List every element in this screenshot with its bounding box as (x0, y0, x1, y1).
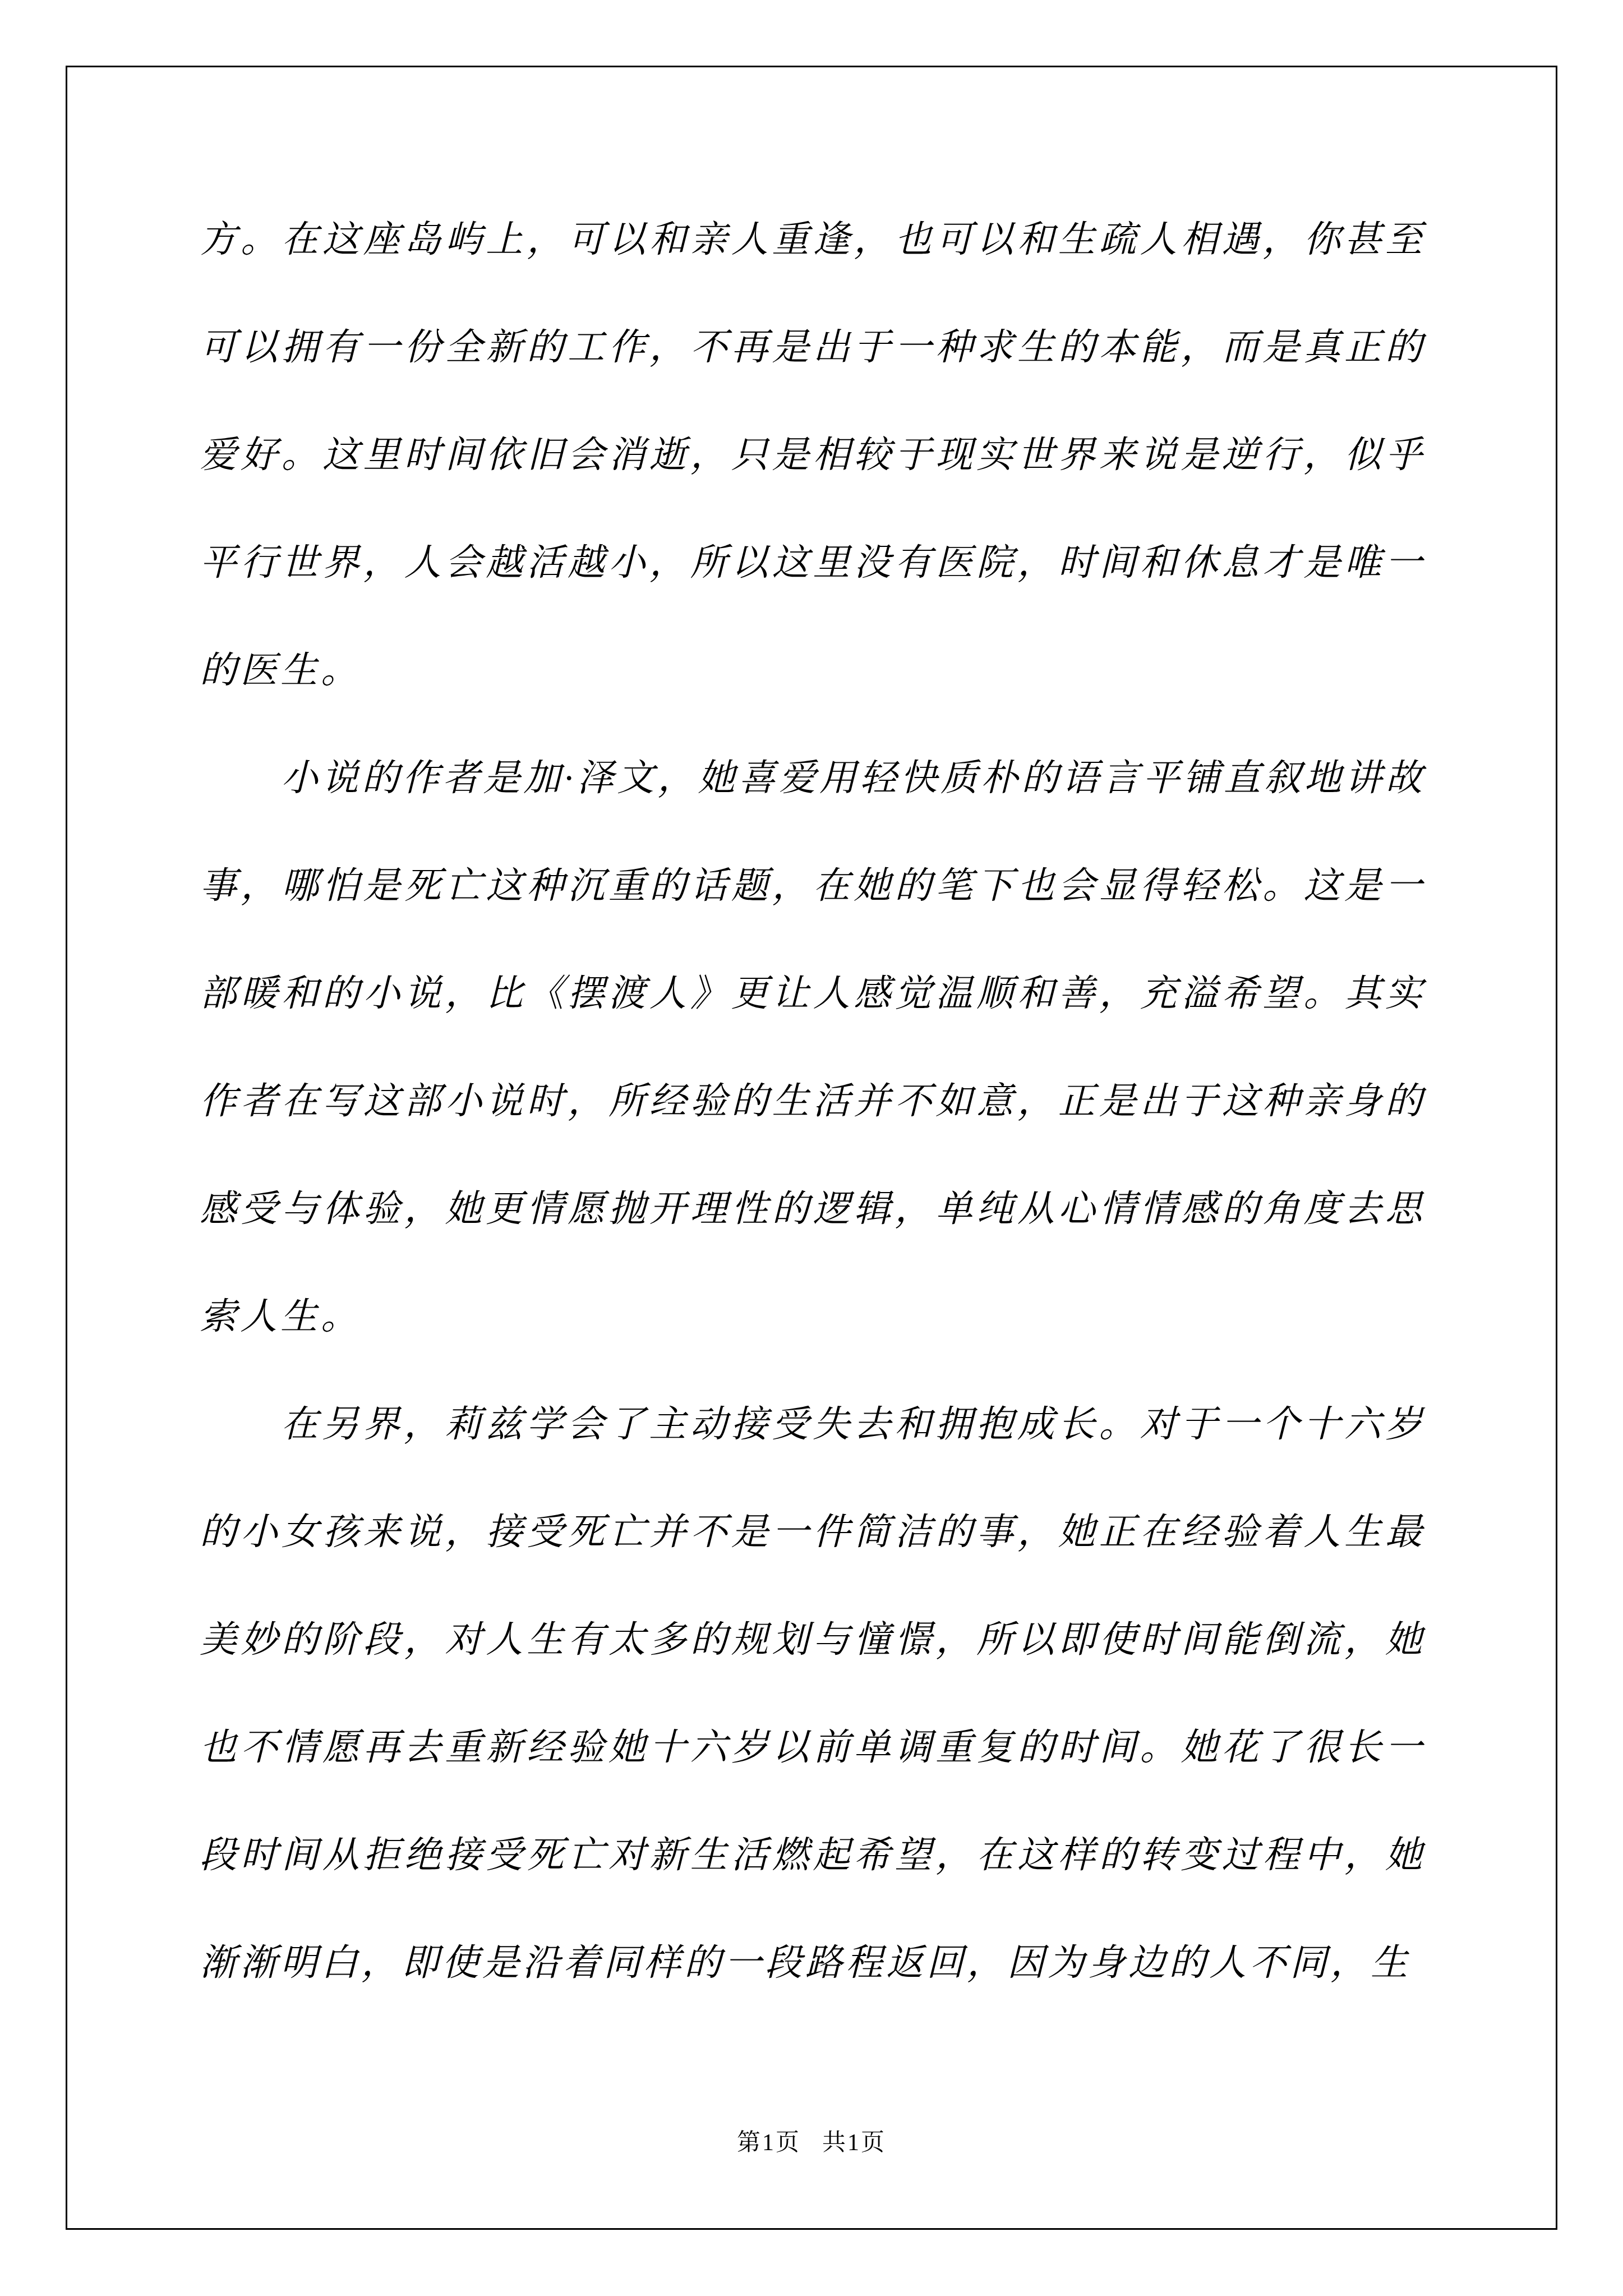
page-footer: 第1页共1页 (67, 2129, 1556, 2156)
document-page: 方。在这座岛屿上，可以和亲人重逢，也可以和生疏人相遇，你甚至可以拥有一份全新的工… (0, 0, 1623, 2296)
paragraph-liz-growth: 在另界，莉兹学会了主动接受失去和拥抱成长。对于一个十六岁的小女孩来说，接受死亡并… (200, 1371, 1426, 2017)
page-number-label: 第1页 (737, 2130, 801, 2156)
paragraph-continuation: 方。在这座岛屿上，可以和亲人重逢，也可以和生疏人相遇，你甚至可以拥有一份全新的工… (200, 186, 1426, 725)
document-body-text: 方。在这座岛屿上，可以和亲人重逢，也可以和生疏人相遇，你甚至可以拥有一份全新的工… (200, 186, 1426, 2017)
page-total-label: 共1页 (822, 2130, 886, 2156)
paragraph-author: 小说的作者是加·泽文，她喜爱用轻快质朴的语言平铺直叙地讲故事，哪怕是死亡这种沉重… (200, 725, 1426, 1371)
page-border-frame: 方。在这座岛屿上，可以和亲人重逢，也可以和生疏人相遇，你甚至可以拥有一份全新的工… (66, 66, 1557, 2230)
